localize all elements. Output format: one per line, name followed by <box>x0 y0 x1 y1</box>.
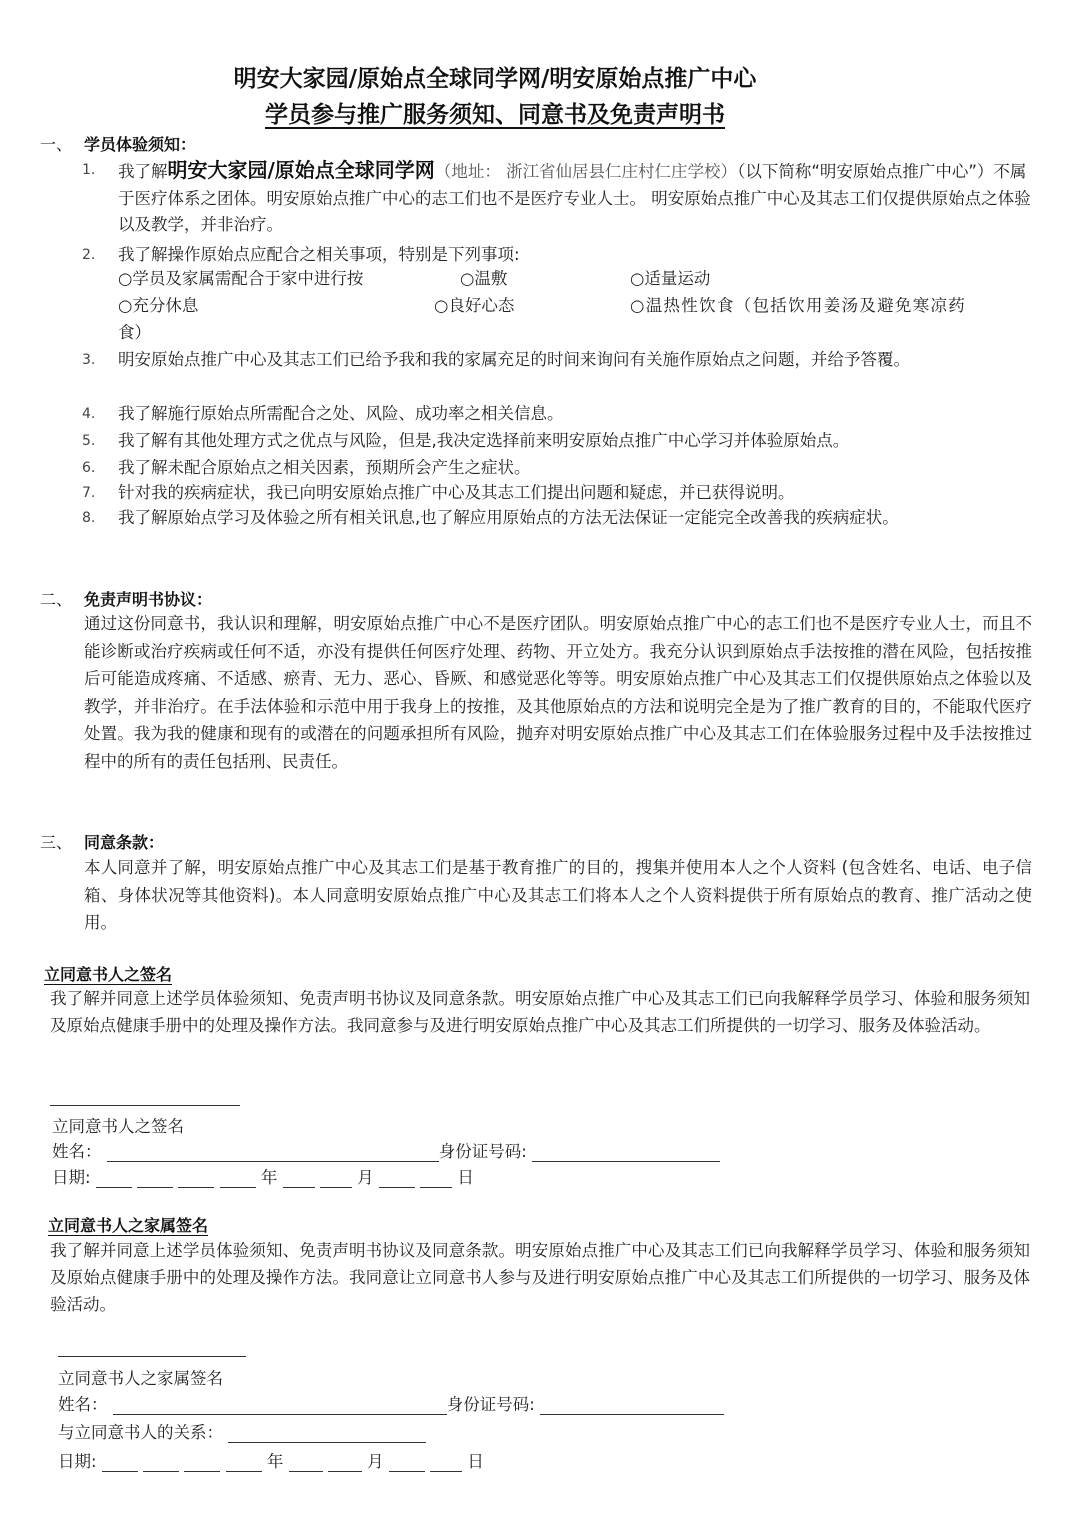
option-rest: ○充分休息 <box>118 293 198 320</box>
day-digit-2[interactable] <box>420 1169 452 1188</box>
name-input[interactable] <box>113 1396 447 1415</box>
year-digit-1[interactable] <box>102 1453 138 1472</box>
option-warm-compress: ○温敷 <box>460 266 507 293</box>
name-input[interactable] <box>107 1143 439 1162</box>
day-digit-1[interactable] <box>389 1453 425 1472</box>
item-number: 7. <box>82 480 112 507</box>
document-subtitle: 学员参与推广服务须知、同意书及免责声明书 <box>0 96 990 129</box>
year-digit-3[interactable] <box>184 1453 220 1472</box>
family-signature-statement: 我了解并同意上述学员体验须知、免责声明书协议及同意条款。明安原始点推广中心及其志… <box>50 1237 1030 1318</box>
section3-number: 三、 <box>40 830 84 853</box>
option-good-mood: ○良好心态 <box>434 293 514 320</box>
consent-terms-text: 本人同意并了解，明安原始点推广中心及其志工们是基于教育推广的目的，搜集并使用本人… <box>84 854 1032 937</box>
self-signature-line[interactable] <box>50 1105 240 1106</box>
item-number: 1. <box>82 157 112 184</box>
org-address: （地址： 浙江省仙居县仁庄村仁庄学校） <box>435 162 737 181</box>
self-date-field: 日期: 年 月 日 <box>52 1164 474 1188</box>
family-date-field: 日期: 年 月 日 <box>58 1448 484 1472</box>
self-signature-statement: 我了解并同意上述学员体验须知、免责声明书协议及同意条款。明安原始点推广中心及其志… <box>50 985 1030 1039</box>
item-text: 我了解有其他处理方式之优点与风险，但是,我决定选择前来明安原始点推广中心学习并体… <box>118 428 1038 455</box>
item-number: 3. <box>82 347 112 374</box>
year-digit-1[interactable] <box>96 1169 132 1188</box>
section2-heading-text: 免责声明书协议： <box>84 590 212 609</box>
year-digit-3[interactable] <box>178 1169 214 1188</box>
month-digit-2[interactable] <box>320 1169 352 1188</box>
family-relation-field: 与立同意书人的关系： <box>58 1419 426 1443</box>
section2-number: 二、 <box>40 587 84 610</box>
month-digit-2[interactable] <box>328 1453 362 1472</box>
name-label: 姓名： <box>52 1142 102 1161</box>
item-number: 8. <box>82 505 112 532</box>
month-digit-1[interactable] <box>283 1169 315 1188</box>
option-moderate-exercise: ○适量运动 <box>630 266 710 293</box>
item-text: 我了解未配合原始点之相关因素，预期所会产生之症状。 <box>118 455 1038 482</box>
option-home-massage: ○学员及家属需配合于家中进行按 <box>118 266 363 293</box>
day-digit-2[interactable] <box>430 1453 462 1472</box>
document-title: 明安大家园/原始点全球同学网/明安原始点推广中心 <box>0 60 990 93</box>
relation-label: 与立同意书人的关系： <box>58 1423 223 1442</box>
year-digit-4[interactable] <box>226 1453 262 1472</box>
item-text: 我了解操作原始点应配合之相关事项，特别是下列事项: <box>118 242 1038 269</box>
option-warm-diet: ○温热性饮食（包括饮用姜汤及避免寒凉药 <box>630 293 966 320</box>
section1-number: 一、 <box>40 132 84 155</box>
self-signature-label: 立同意书人之签名 <box>52 1113 184 1137</box>
self-name-field: 姓名： 身份证号码: <box>52 1138 720 1162</box>
self-signature-heading: 立同意书人之签名 <box>44 962 172 985</box>
id-label: 身份证号码: <box>447 1395 535 1414</box>
day-digit-1[interactable] <box>379 1169 415 1188</box>
year-label: 年 <box>267 1452 284 1471</box>
item-number: 6. <box>82 455 112 482</box>
date-label: 日期: <box>58 1452 97 1471</box>
family-signature-heading: 立同意书人之家属签名 <box>48 1213 208 1236</box>
relation-input[interactable] <box>228 1424 426 1443</box>
month-label: 月 <box>357 1168 374 1187</box>
item-number: 5. <box>82 428 112 455</box>
item-text: 我了解明安大家园/原始点全球同学网（地址： 浙江省仙居县仁庄村仁庄学校）（以下简… <box>118 157 1038 239</box>
day-label: 日 <box>457 1168 474 1187</box>
month-label: 月 <box>367 1452 384 1471</box>
item-text: 我了解施行原始点所需配合之处、风险、成功率之相关信息。 <box>118 401 1038 428</box>
section1-heading-text: 学员体验须知： <box>84 135 196 154</box>
name-label: 姓名： <box>58 1395 108 1414</box>
option-wrap-text: 食） <box>118 320 151 347</box>
org-name: 明安大家园/原始点全球同学网 <box>168 158 435 182</box>
section1-heading: 一、学员体验须知： <box>40 132 196 155</box>
item-prefix: 我了解 <box>118 162 168 181</box>
item-number: 2. <box>82 242 112 269</box>
section2-heading: 二、免责声明书协议： <box>40 587 212 610</box>
item-text: 明安原始点推广中心及其志工们已给予我和我的家属充足的时间来询问有关施作原始点之问… <box>118 347 1038 374</box>
id-number-input[interactable] <box>532 1143 720 1162</box>
disclaimer-text: 通过这份同意书，我认识和理解，明安原始点推广中心不是医疗团队。明安原始点推广中心… <box>84 610 1032 775</box>
year-digit-2[interactable] <box>137 1169 173 1188</box>
family-signature-line[interactable] <box>58 1356 246 1357</box>
id-label: 身份证号码: <box>439 1142 527 1161</box>
day-label: 日 <box>467 1452 484 1471</box>
section3-heading-text: 同意条款： <box>84 833 164 852</box>
id-number-input[interactable] <box>540 1396 724 1415</box>
year-label: 年 <box>261 1168 278 1187</box>
year-digit-2[interactable] <box>143 1453 179 1472</box>
section3-heading: 三、同意条款： <box>40 830 164 853</box>
item-number: 4. <box>82 401 112 428</box>
date-label: 日期: <box>52 1168 91 1187</box>
document-subtitle-text: 学员参与推广服务须知、同意书及免责声明书 <box>265 102 725 128</box>
notice-item-1: 1. 我了解明安大家园/原始点全球同学网（地址： 浙江省仙居县仁庄村仁庄学校）（… <box>82 157 1042 237</box>
month-digit-1[interactable] <box>289 1453 323 1472</box>
item-text: 针对我的疾病症状，我已向明安原始点推广中心及其志工们提出问题和疑虑，并已获得说明… <box>118 480 1038 507</box>
item-text: 我了解原始点学习及体验之所有相关讯息,也了解应用原始点的方法无法保证一定能完全改… <box>118 505 1038 532</box>
family-signature-label: 立同意书人之家属签名 <box>58 1365 223 1389</box>
year-digit-4[interactable] <box>220 1169 256 1188</box>
family-name-field: 姓名： 身份证号码: <box>58 1391 724 1415</box>
